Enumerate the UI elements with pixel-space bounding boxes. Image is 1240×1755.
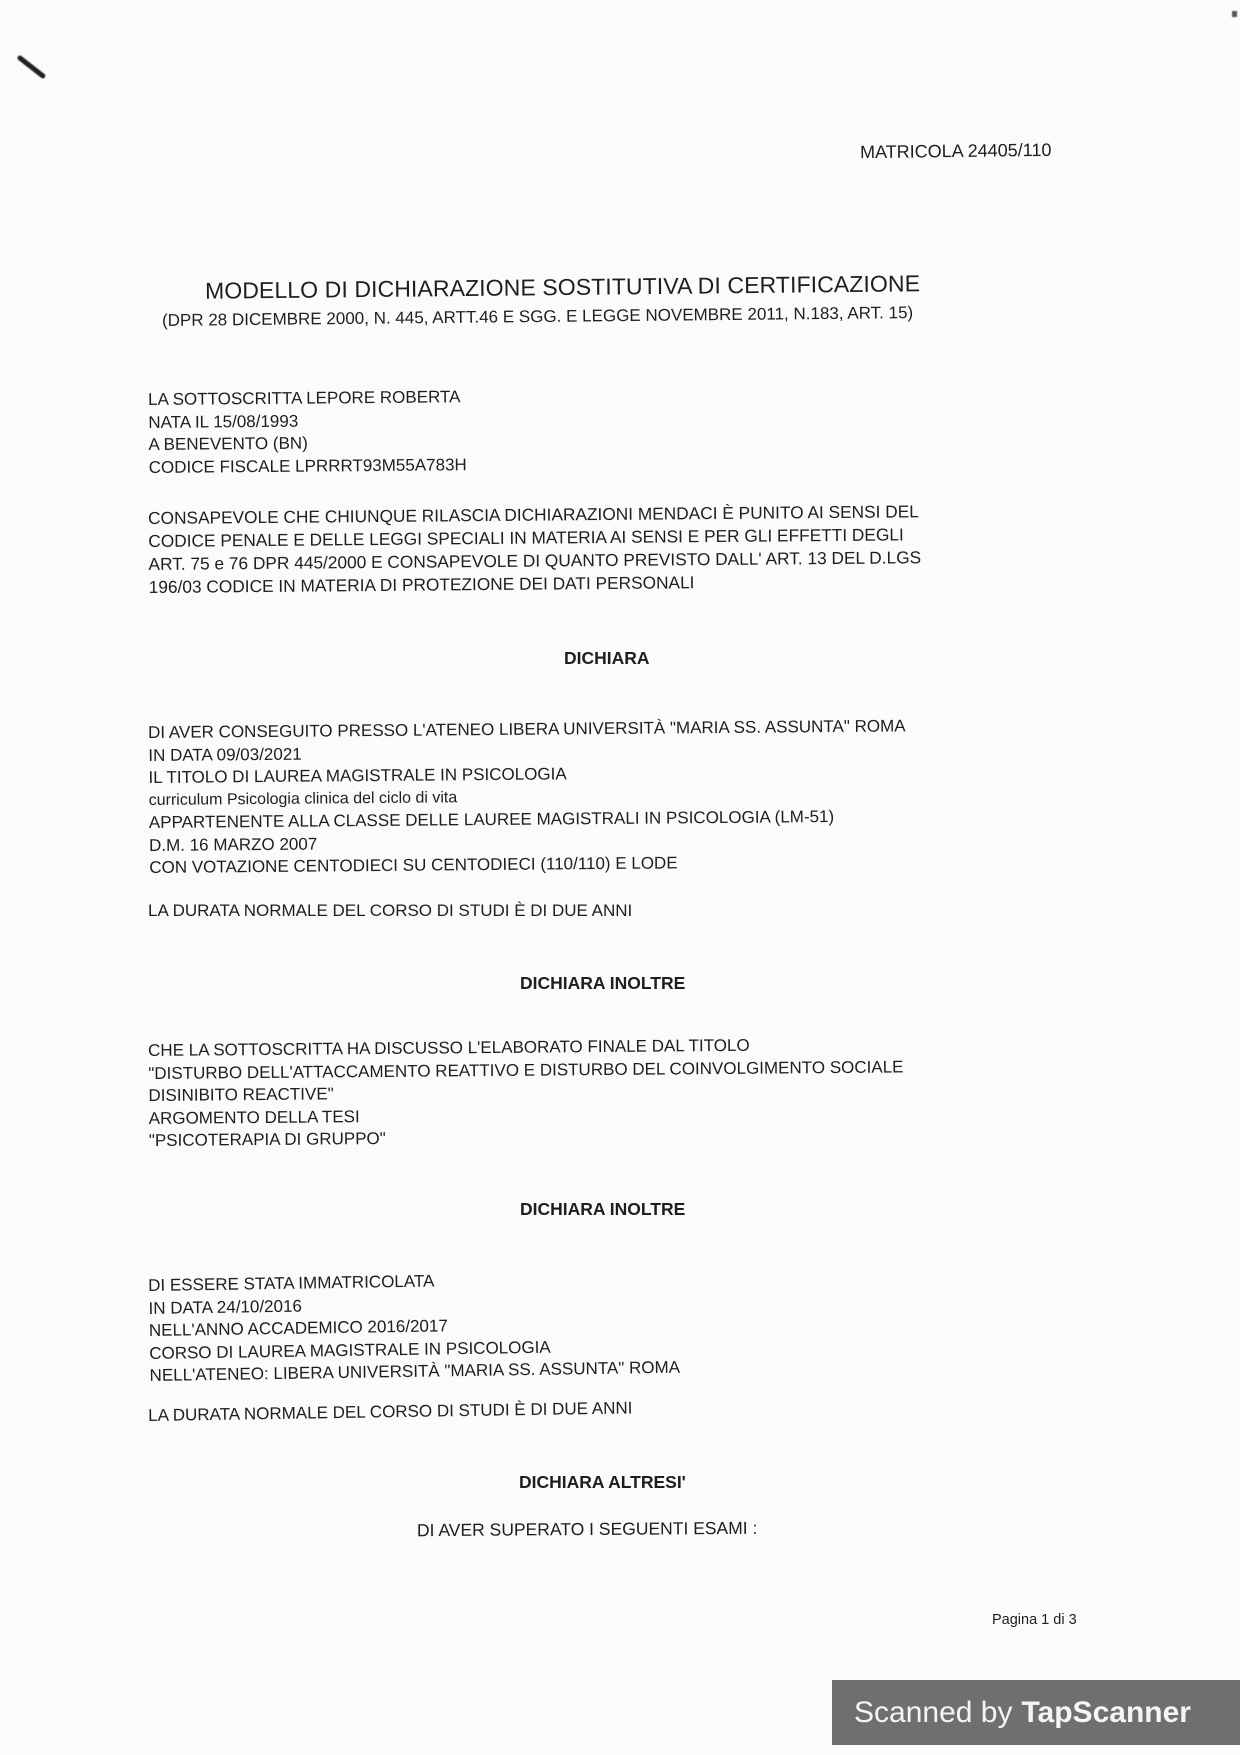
heading-dichiara: DICHIARA — [564, 648, 650, 669]
document-page: MATRICOLA 24405/110 MODELLO DI DICHIARAZ… — [0, 0, 1240, 1755]
scan-artifact-dot — [1232, 11, 1237, 17]
heading-dichiara-inoltre-1: DICHIARA INOLTRE — [520, 973, 685, 994]
document-subtitle: (DPR 28 DICEMBRE 2000, N. 445, ARTT.46 E… — [162, 303, 913, 331]
course-duration-2: LA DURATA NORMALE DEL CORSO DI STUDI È D… — [148, 1397, 633, 1427]
declarant-tax-code: CODICE FISCALE LPRRRT93M55A783H — [149, 454, 467, 479]
watermark-prefix: Scanned by — [854, 1696, 1012, 1730]
matricola-number: MATRICOLA 24405/110 — [860, 140, 1052, 163]
document-title: MODELLO DI DICHIARAZIONE SOSTITUTIVA DI … — [205, 270, 920, 304]
tapscanner-watermark: Scanned by TapScanner — [832, 1680, 1240, 1745]
page-number: Pagina 1 di 3 — [992, 1612, 1077, 1628]
declarant-info: LA SOTTOSCRITTA LEPORE ROBERTA NATA IL 1… — [148, 386, 467, 479]
course-duration-1: LA DURATA NORMALE DEL CORSO DI STUDI È D… — [148, 900, 632, 923]
declarant-name: LA SOTTOSCRITTA LEPORE ROBERTA — [148, 386, 466, 411]
declarant-birthdate: NATA IL 15/08/1993 — [148, 409, 466, 434]
exams-intro: DI AVER SUPERATO I SEGUENTI ESAMI : — [417, 1518, 757, 1541]
scan-artifact-mark — [16, 55, 46, 80]
awareness-paragraph: CONSAPEVOLE CHE CHIUNQUE RILASCIA DICHIA… — [148, 500, 921, 599]
watermark-brand: TapScanner — [1021, 1696, 1191, 1730]
thesis-details: CHE LA SOTTOSCRITTA HA DISCUSSO L'ELABOR… — [148, 1033, 904, 1152]
heading-dichiara-altresi: DICHIARA ALTRESI' — [519, 1472, 686, 1493]
heading-dichiara-inoltre-2: DICHIARA INOLTRE — [520, 1199, 685, 1220]
enrollment-details: DI ESSERE STATA IMMATRICOLATA IN DATA 24… — [148, 1267, 680, 1388]
degree-details: DI AVER CONSEGUITO PRESSO L'ATENEO LIBER… — [148, 715, 907, 879]
declarant-birthplace: A BENEVENTO (BN) — [148, 431, 466, 456]
